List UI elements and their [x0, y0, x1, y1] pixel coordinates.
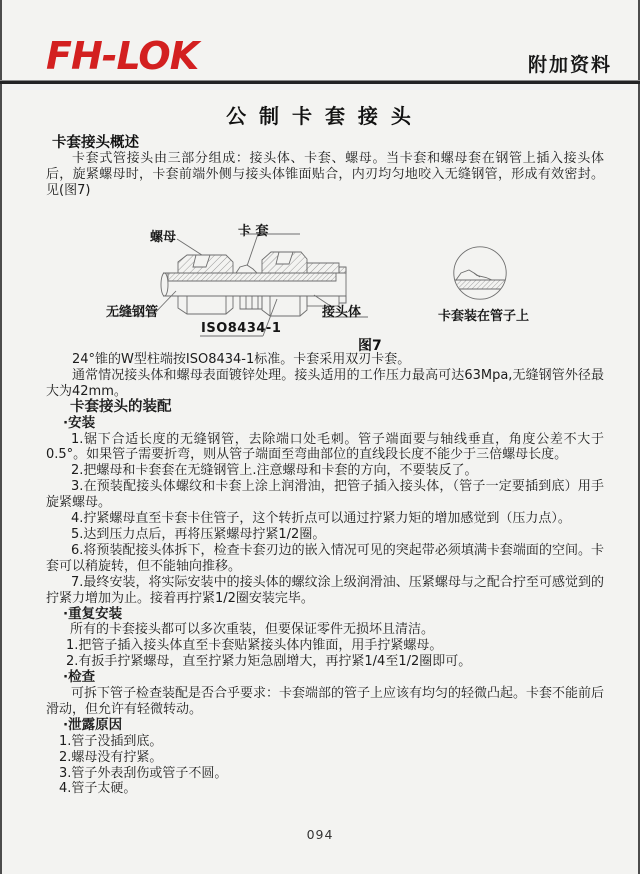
document-page: FH-LOK 附加资料 公 制 卡 套 接 头 卡套接头概述 卡套式管接头由三部…	[0, 0, 640, 874]
scan-edge-left	[0, 0, 2, 874]
install-step-6: 6.将预装配接头体拆下，检查卡套刃边的嵌入情况可见的突起带必须填满卡套端面的空间…	[46, 543, 604, 575]
leak-item-4: 4.管子太硬。	[46, 781, 604, 797]
leak-title: ·泄露原因	[46, 718, 604, 734]
figure-label-standard: ISO8434-1	[201, 321, 281, 336]
reinstall-step-2: 2.有扳手拧紧螺母，直至拧紧力矩急剧增大，再拧紧1/4至1/2圈即可。	[46, 654, 604, 670]
figure-label-body: 接头体	[322, 301, 361, 320]
install-step-1: 1.锯下合适长度的无缝钢管，去除端口处毛刺。管子端面要与轴线垂直，角度公差不大于…	[46, 432, 604, 464]
inspect-title: ·检查	[46, 670, 604, 686]
header-divider	[0, 80, 640, 84]
install-step-2: 2.把螺母和卡套套在无缝钢管上.注意螺母和卡套的方向，不要装反了。	[46, 463, 604, 479]
install-step-5: 5.达到压力点后，再将压紧螺母拧紧1/2圈。	[46, 527, 604, 543]
install-step-7: 7.最终安装，将实际安装中的接头体的螺纹涂上级润滑油、压紧螺母与之配合拧至可感觉…	[46, 575, 604, 607]
figure-detail-caption: 卡套装在管子上	[438, 305, 529, 324]
figure-label-nut: 螺母	[150, 226, 176, 245]
header-section-label: 附加资料	[528, 50, 612, 77]
page-title: 公 制 卡 套 接 头	[0, 100, 640, 129]
leak-item-1: 1.管子没插到底。	[46, 734, 604, 750]
fitting-cross-section-drawing	[0, 222, 640, 356]
overview-paragraph: 卡套式管接头由三部分组成：接头体、卡套、螺母。当卡套和螺母套在钢管上插入接头体后…	[46, 151, 604, 199]
inspect-body: 可拆下管子检查装配是否合乎要求：卡套端部的管子上应该有均匀的轻微凸起。卡套不能前…	[46, 686, 604, 718]
install-title: ·安装	[46, 416, 604, 432]
reinstall-step-1: 1.把管子插入接头体直至卡套贴紧接头体内锥面，用手拧紧螺母。	[46, 638, 604, 654]
overview-heading: 卡套接头概述	[52, 131, 139, 152]
main-text: 24°锥的W型柱端按ISO8434-1标准。卡套采用双刃卡套。 通常情况接头体和…	[46, 352, 604, 797]
install-step-4: 4.拧紧螺母直至卡套卡住管子，这个转折点可以通过拧紧力矩的增加感觉到（压力点）。	[46, 511, 604, 527]
leak-item-2: 2.螺母没有拧紧。	[46, 750, 604, 766]
page-number: 094	[0, 827, 640, 842]
figure-label-pipe: 无缝钢管	[106, 301, 158, 320]
note-pressure: 通常情况接头体和螺母表面镀锌处理。接头适用的工作压力最高可达63Mpa,无缝钢管…	[46, 368, 604, 400]
brand-logo: FH-LOK	[46, 34, 198, 78]
install-step-3: 3.在预装配接头体螺纹和卡套上涂上润滑油，把管子插入接头体，（管子一定要插到底）…	[46, 479, 604, 511]
reinstall-intro: 所有的卡套接头都可以多次重装，但要保证零件无损坏且清洁。	[46, 622, 604, 638]
figure-7: 螺母 卡 套 无缝钢管 ISO8434-1 接头体 卡套装在管子上 图7	[0, 222, 640, 356]
figure-label-ferrule: 卡 套	[238, 220, 269, 239]
reinstall-title: ·重复安装	[46, 607, 604, 623]
leak-item-3: 3.管子外表刮伤或管子不圆。	[46, 766, 604, 782]
assembly-heading: 卡套接头的装配	[46, 400, 604, 416]
note-standard: 24°锥的W型柱端按ISO8434-1标准。卡套采用双刃卡套。	[46, 352, 604, 368]
